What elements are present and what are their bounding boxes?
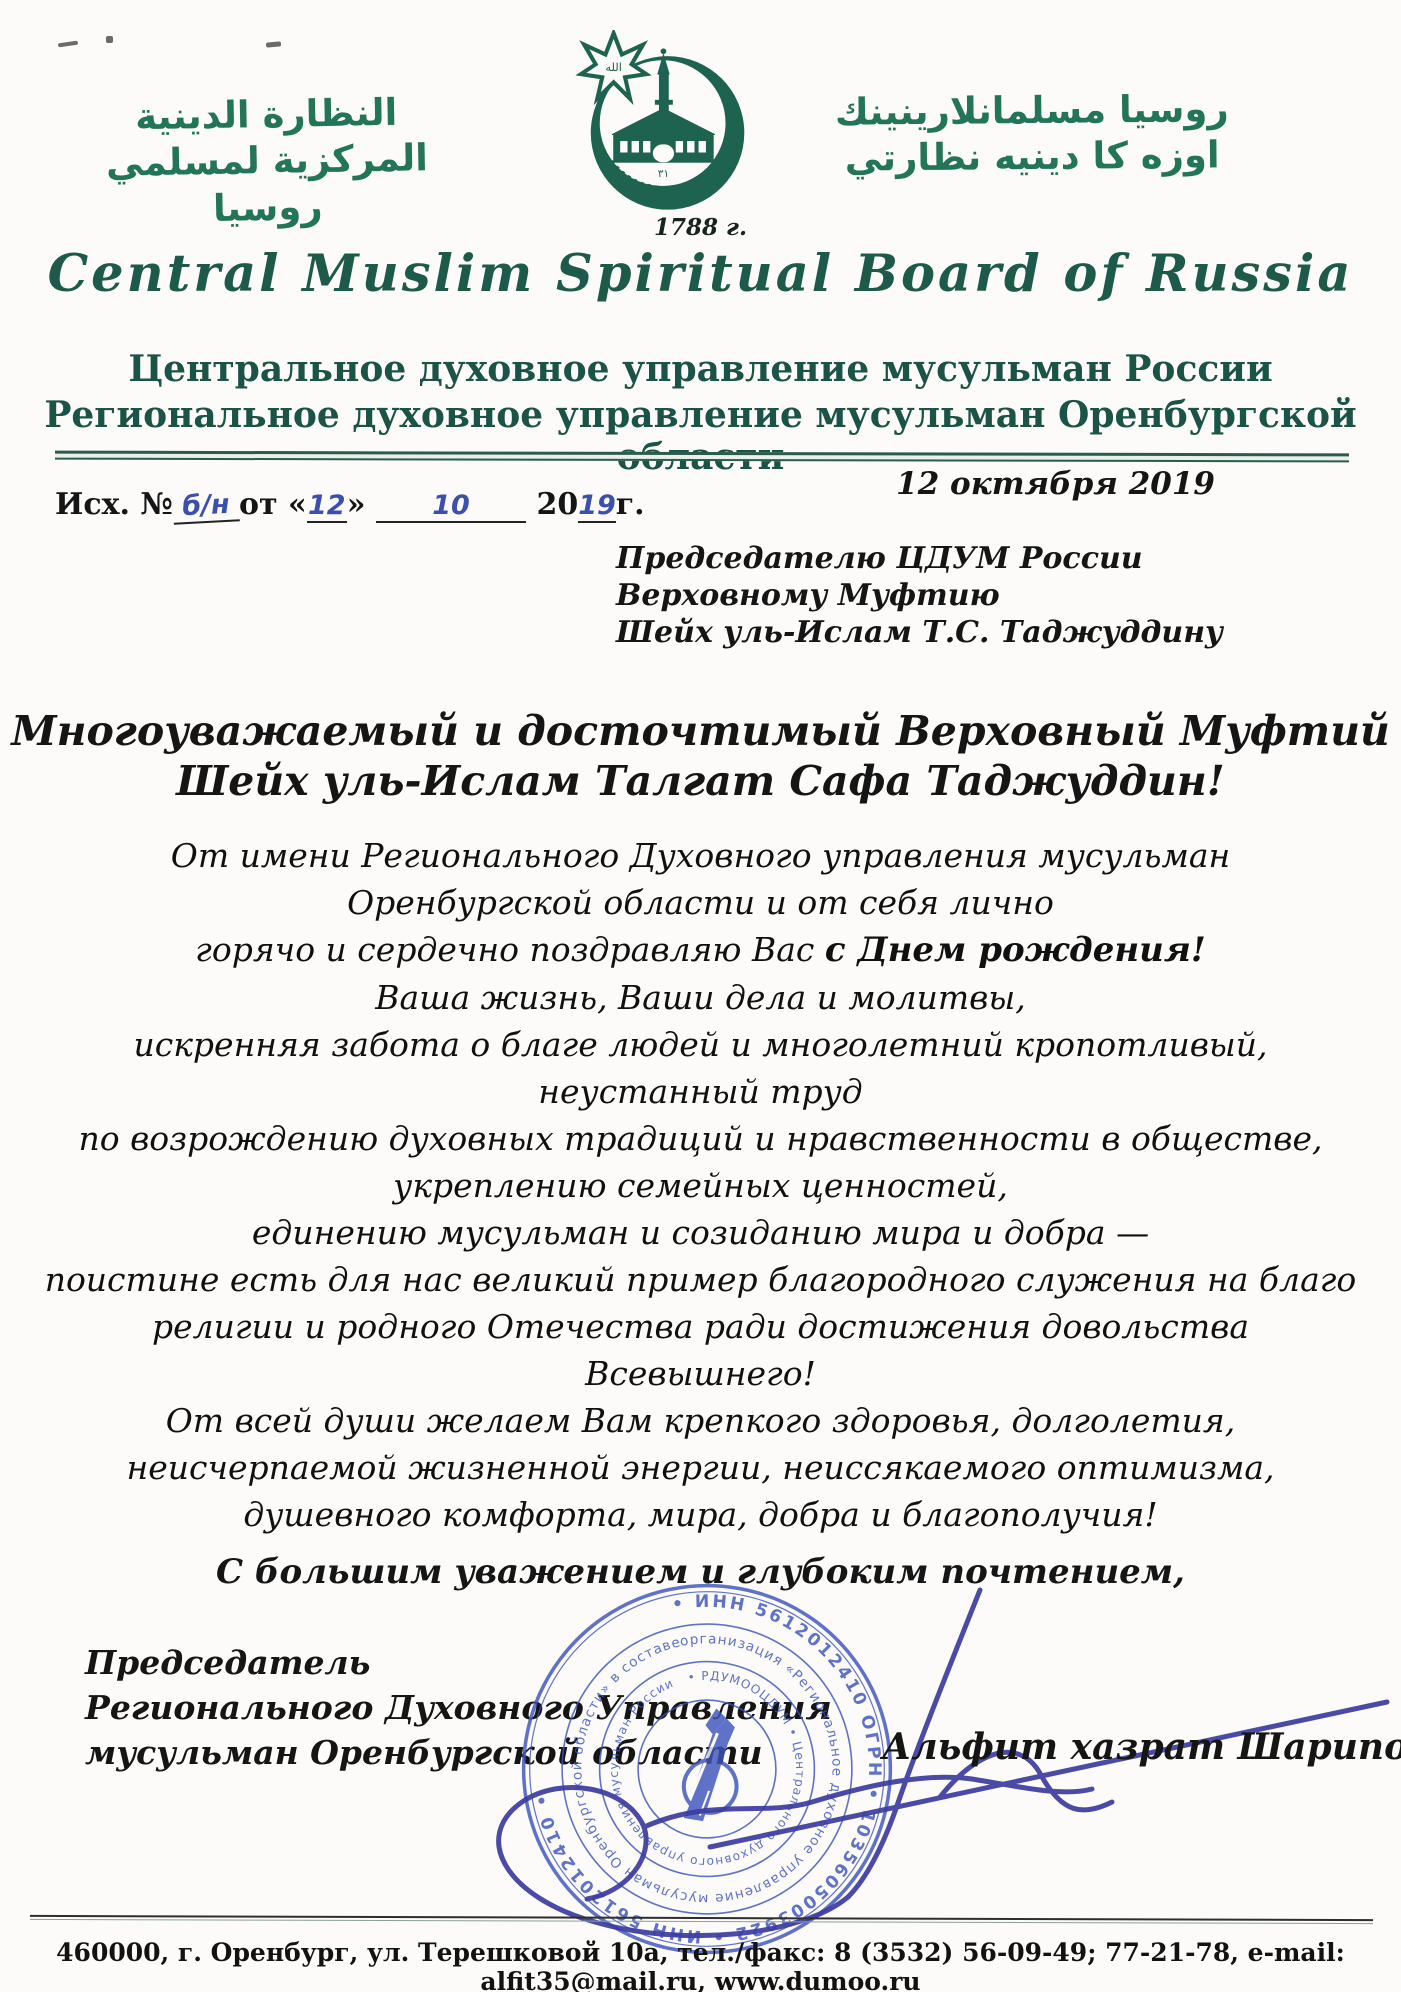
ref-year-handwritten: 19 xyxy=(578,490,616,523)
footer-contacts: 460000, г. Оренбург, ул. Терешковой 10а,… xyxy=(0,1938,1401,1992)
addressee-line: Председателю ЦДУМ России xyxy=(616,540,1223,577)
body-line: неустанный труд xyxy=(40,1068,1361,1115)
ref-year-suffix: г. xyxy=(616,487,645,522)
org-name-english: Central Muslim Spiritual Board of Russia xyxy=(0,244,1401,304)
body-line: От имени Регионального Духовного управле… xyxy=(40,832,1361,879)
body-line: поистине есть для нас великий пример бла… xyxy=(40,1256,1361,1303)
ref-day-handwritten: 12 xyxy=(307,490,347,523)
scan-mark xyxy=(266,41,281,47)
org-name-russian-central: Центральное духовное управление мусульма… xyxy=(0,348,1401,390)
signer-name: Альфит хазрат Шарипов xyxy=(882,1726,1401,1768)
arabic-calligraphy-right: روسيا مسلمانلارينينك اوزه كا دينيه نظارت… xyxy=(792,86,1273,183)
body-line: по возрождению духовных традиций и нравс… xyxy=(40,1115,1361,1162)
body-line: Ваша жизнь, Ваши дела и молитвы, xyxy=(40,974,1361,1021)
body-line: душевного комфорта, мира, добра и благоп… xyxy=(40,1491,1361,1538)
body-line: Оренбургской области и от себя лично xyxy=(40,879,1361,926)
body-line: укреплению семейных ценностей, xyxy=(40,1162,1361,1209)
salutation-line: Многоуважаемый и досточтимый Верховный М… xyxy=(0,706,1401,756)
ref-quote: » xyxy=(347,487,366,522)
reference-line: Исх. №б/нот «12» 10 2019г. xyxy=(55,487,645,523)
svg-text:٣١: ٣١ xyxy=(658,167,669,180)
ref-prefix: Исх. № xyxy=(55,487,173,522)
body-line: единению мусульман и созиданию мира и до… xyxy=(40,1209,1361,1256)
congrats-regular: горячо и сердечно поздравляю Вас xyxy=(195,930,825,969)
salutation-line: Шейх уль-Ислам Талгат Сафа Таджуддин! xyxy=(0,756,1401,806)
body-line: искренняя забота о благе людей и многоле… xyxy=(40,1021,1361,1068)
addressee-line: Верховному Муфтию xyxy=(616,577,1223,614)
ref-year-prefix: 20 xyxy=(536,487,578,522)
letter-page: النظارة الدينية المركزية لمسلمي روسيا ٣١ xyxy=(0,0,1401,1992)
ref-number-handwritten: б/н xyxy=(172,488,240,524)
arabic-calligraphy-left: النظارة الدينية المركزية لمسلمي روسيا xyxy=(71,89,463,235)
body-line: неисчерпаемой жизненной энергии, неиссяк… xyxy=(40,1444,1361,1491)
congrats-bold: с Днем рождения! xyxy=(825,930,1206,970)
ref-month-handwritten: 10 xyxy=(376,490,526,523)
scan-mark xyxy=(58,41,78,48)
addressee-line: Шейх уль-Ислам Т.С. Таджуддину xyxy=(616,614,1223,651)
body-line-congrats: горячо и сердечно поздравляю Вас с Днем … xyxy=(40,926,1361,974)
scan-mark xyxy=(106,36,113,43)
body-line: религии и родного Отечества ради достиже… xyxy=(40,1303,1361,1397)
cmsb-emblem-logo: ٣١ الله xyxy=(553,30,769,226)
ref-ot: от « xyxy=(239,487,307,522)
letter-body: От имени Регионального Духовного управле… xyxy=(40,832,1361,1538)
letter-date: 12 октября 2019 xyxy=(896,466,1215,502)
addressee-block: Председателю ЦДУМ России Верховному Муфт… xyxy=(616,540,1223,651)
salutation: Многоуважаемый и досточтимый Верховный М… xyxy=(0,706,1401,806)
founded-year: 1788 г. xyxy=(0,214,1401,241)
svg-text:الله: الله xyxy=(605,60,622,74)
body-line: От всей души желаем Вам крепкого здоровь… xyxy=(40,1397,1361,1444)
